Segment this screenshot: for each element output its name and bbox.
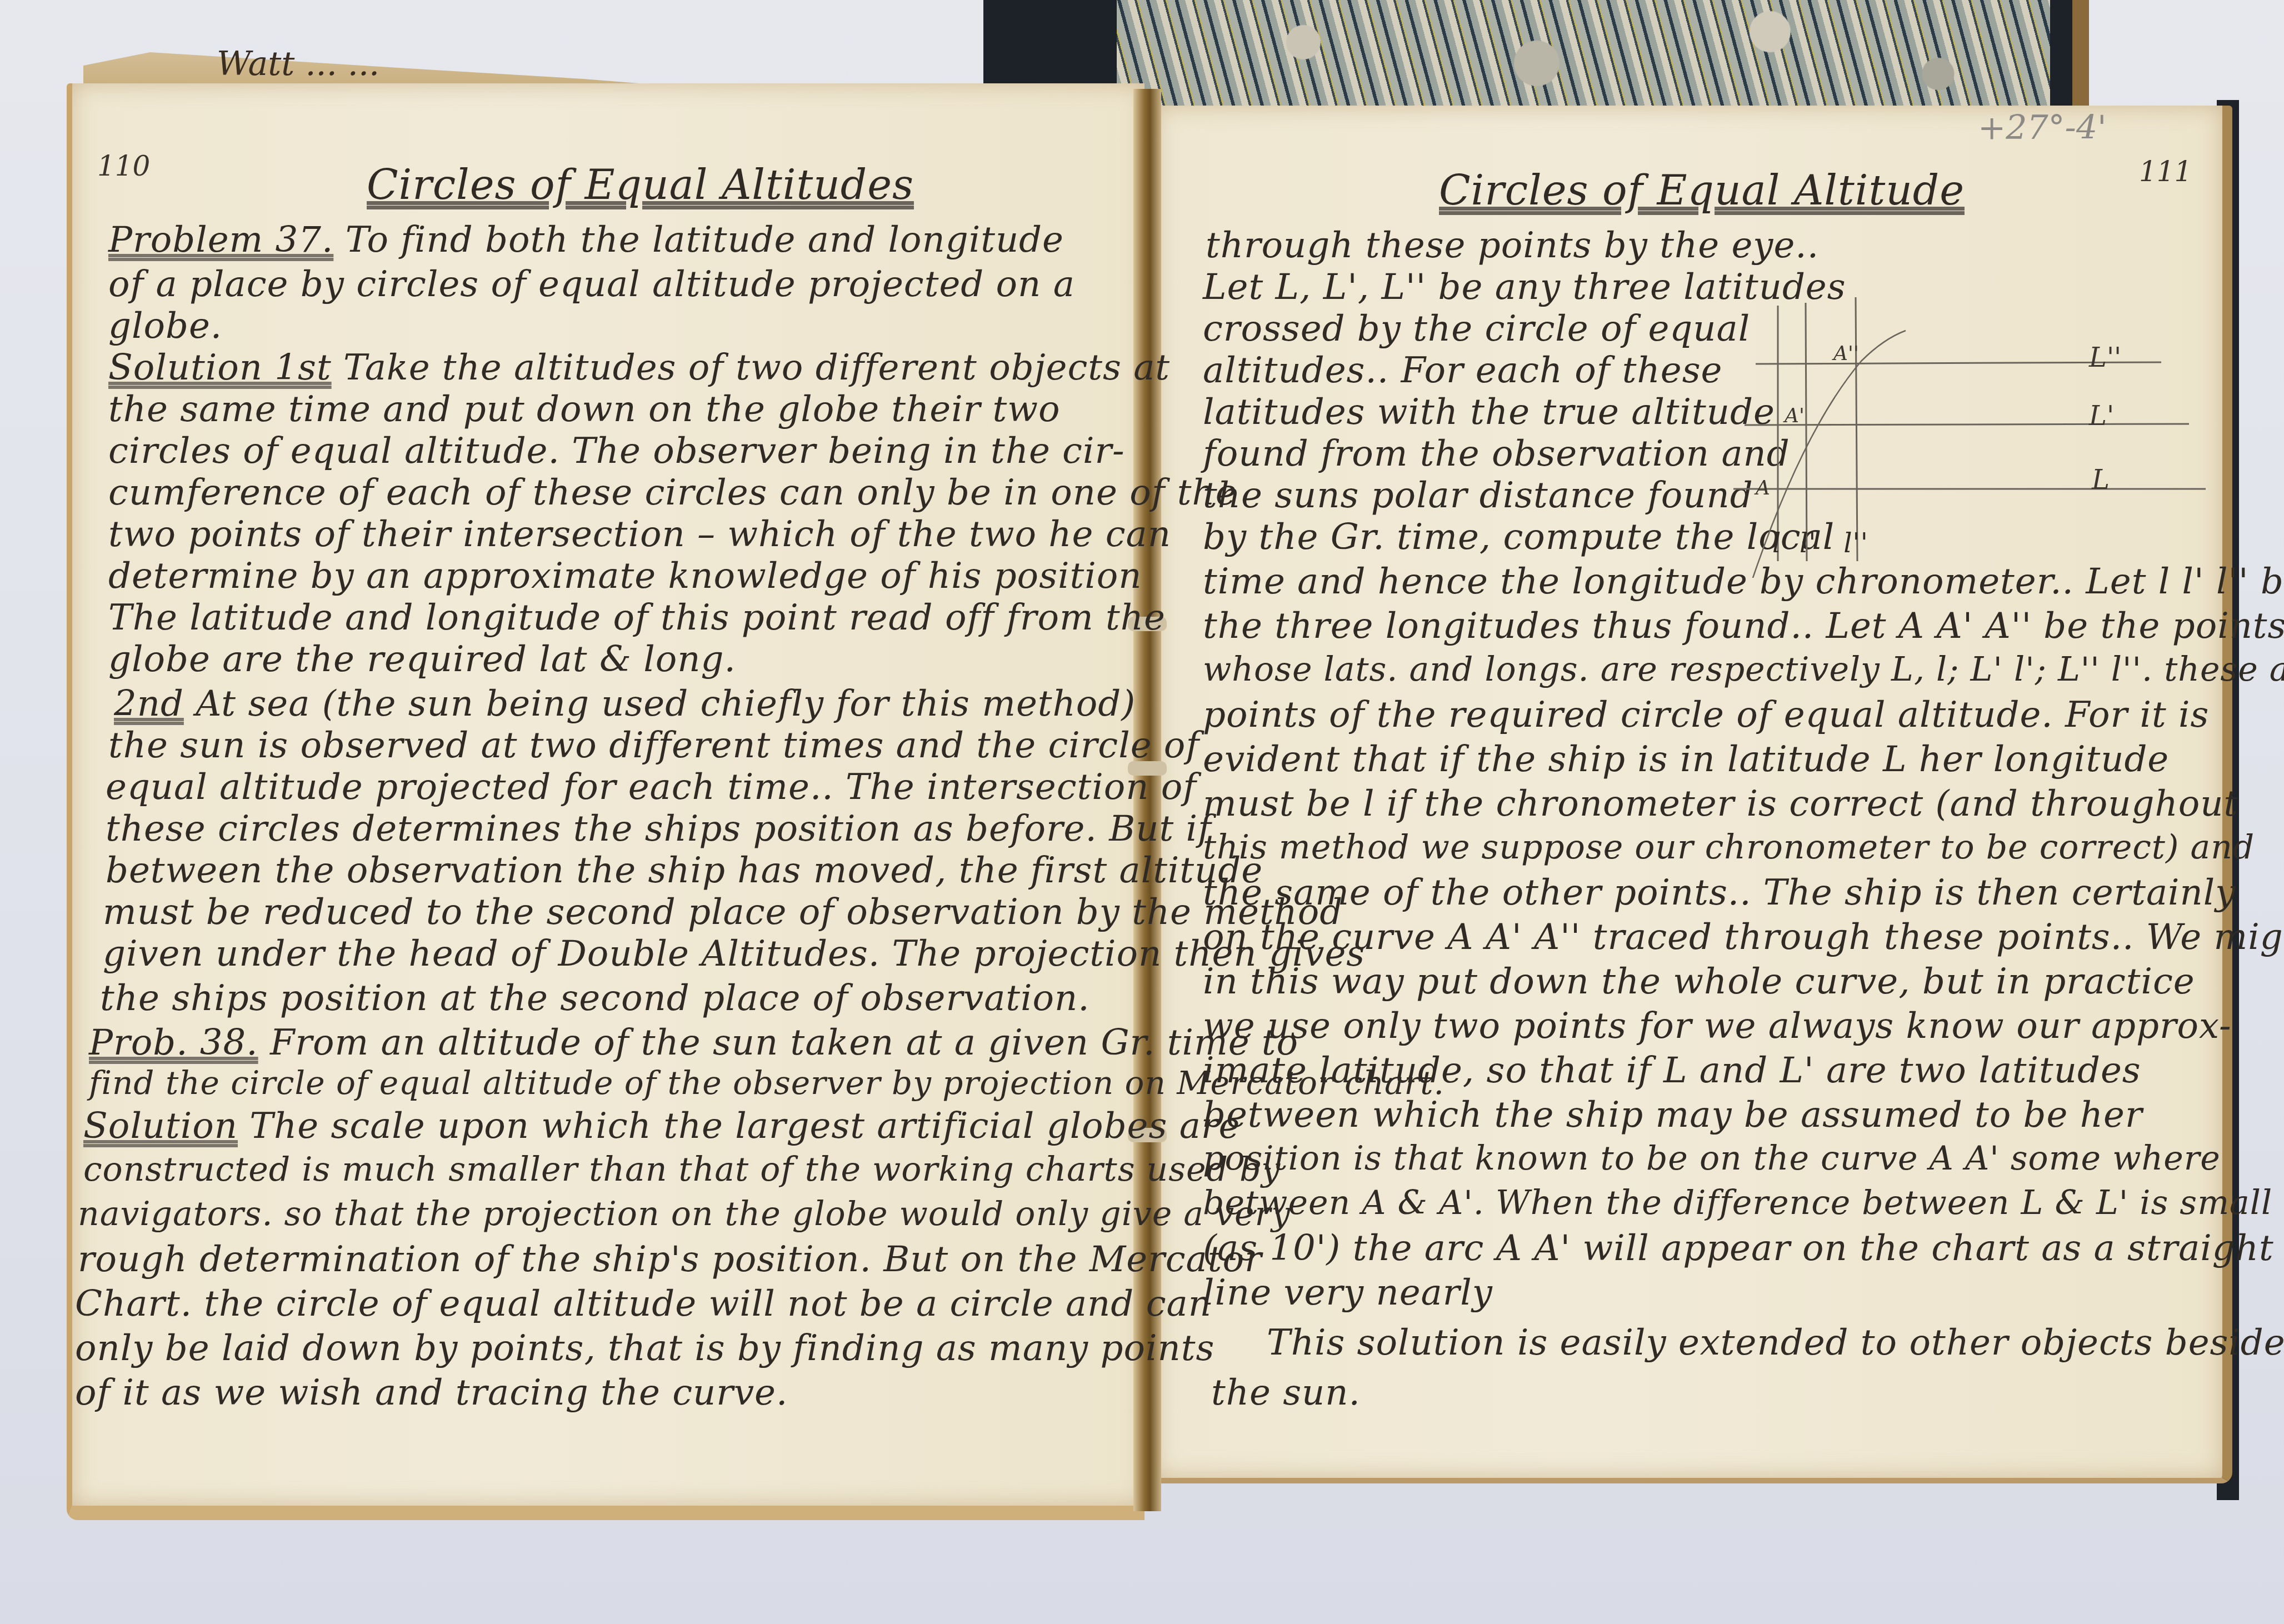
pencil-note: +27°-4' [1978, 108, 2107, 147]
text-line: found from the observation and [1203, 433, 1790, 474]
text-line: This solution is easily extended to othe… [1267, 1322, 2284, 1363]
longitude-line-l-prime [1806, 303, 1807, 561]
text-line: Chart. the circle of equal altitude will… [75, 1283, 1212, 1325]
text-line: navigators. so that the projection on th… [78, 1195, 1291, 1233]
page-number-right: 111 [2139, 156, 2192, 188]
text-line: whose lats. and longs. are respectively … [1203, 650, 2284, 689]
text-line: of a place by circles of equal altitude … [108, 264, 1075, 305]
text-line: in this way put down the whole curve, bu… [1203, 961, 2195, 1002]
text-line: line very nearly [1203, 1272, 1493, 1313]
marbled-cover [1117, 0, 2050, 106]
text-line: evident that if the ship is in latitude … [1203, 739, 2169, 780]
text-line: only be laid down by points, that is by … [75, 1328, 1215, 1369]
label-L-prime: L' [2088, 401, 2114, 432]
text-line: Prob. 38. From an altitude of the sun ta… [89, 1022, 1298, 1063]
text-line: the suns polar distance found [1203, 475, 1753, 516]
text-line: position is that known to be on the curv… [1203, 1139, 2221, 1178]
latitude-line-L-prime [1745, 424, 2189, 425]
text-line: given under the head of Double Altitudes… [103, 933, 1365, 975]
text-line: circles of equal altitude. The observer … [108, 431, 1125, 472]
text-line: the three longitudes thus found.. Let A … [1203, 606, 2284, 647]
text-line: equal altitude projected for each time..… [106, 767, 1197, 808]
page-number-left: 110 [97, 150, 150, 182]
text-line: points of the required circle of equal a… [1203, 694, 2209, 736]
text-line: Solution 1st Take the altitudes of two d… [108, 347, 1170, 388]
label-L: L [2091, 464, 2110, 496]
text-line: the sun is observed at two different tim… [108, 725, 1200, 766]
text-line: this method we suppose our chronometer t… [1203, 828, 2255, 867]
text-line: globe are the required lat & long. [108, 639, 736, 680]
text-line: the same time and put down on the globe … [108, 389, 1061, 430]
text-line: through these points by the eye.. [1206, 225, 1819, 266]
text-line: (as 10') the arc A A' will appear on the… [1203, 1228, 2274, 1269]
fly-leaf-text: Watt ... ... [217, 44, 379, 83]
text-line: the ships position at the second place o… [100, 978, 1090, 1019]
text-line: The latitude and longitude of this point… [108, 597, 1166, 638]
text-line: constructed is much smaller than that of… [83, 1150, 1281, 1189]
text-line: imate latitude, so that if L and L' are … [1203, 1050, 2141, 1091]
label-A: A [1754, 477, 1770, 499]
text-line: between A & A'. When the difference betw… [1203, 1183, 2272, 1222]
text-line: latitudes with the true altitude [1203, 392, 1775, 433]
right-page-heading: Circles of Equal Altitude [1439, 167, 1965, 214]
text-line: Solution The scale upon which the larges… [83, 1106, 1240, 1147]
text-line: rough determination of the ship's positi… [78, 1239, 1262, 1280]
text-line: 2nd At sea (the sun being used chiefly f… [114, 683, 1136, 724]
text-line: crossed by the circle of equal [1203, 308, 1750, 349]
text-line: we use only two points for we always kno… [1203, 1006, 2232, 1047]
text-line: Problem 37. To find both the latitude an… [108, 219, 1064, 261]
longitude-line-l-double-prime [1856, 297, 1857, 561]
text-line: cumference of each of these circles can … [108, 472, 1237, 513]
left-page-heading: Circles of Equal Altitudes [367, 161, 914, 209]
label-L-double-prime: L'' [2088, 342, 2121, 373]
text-line: between the observation the ship has mov… [106, 850, 1263, 891]
text-line: between which the ship may be assumed to… [1203, 1095, 2142, 1136]
text-line: altitudes.. For each of these [1203, 350, 1722, 391]
text-line: two points of their intersection – which… [108, 514, 1171, 555]
text-line: the sun. [1211, 1372, 1361, 1413]
text-line: on the curve A A' A'' traced through the… [1203, 917, 2284, 958]
text-line: must be l if the chronometer is correct … [1203, 783, 2238, 825]
longitude-labels: l l' l'' [1772, 528, 1868, 559]
text-line: must be reduced to the second place of o… [103, 892, 1343, 933]
label-A-prime: A' [1783, 404, 1805, 427]
text-line: determine by an approximate knowledge of… [108, 556, 1142, 597]
text-line: globe. [108, 306, 222, 347]
text-line: of it as we wish and tracing the curve. [75, 1372, 788, 1413]
text-line: the same of the other points.. The ship … [1203, 872, 2236, 913]
text-line: these circles determines the ships posit… [106, 808, 1212, 850]
label-A-double-prime: A'' [1832, 342, 1859, 365]
